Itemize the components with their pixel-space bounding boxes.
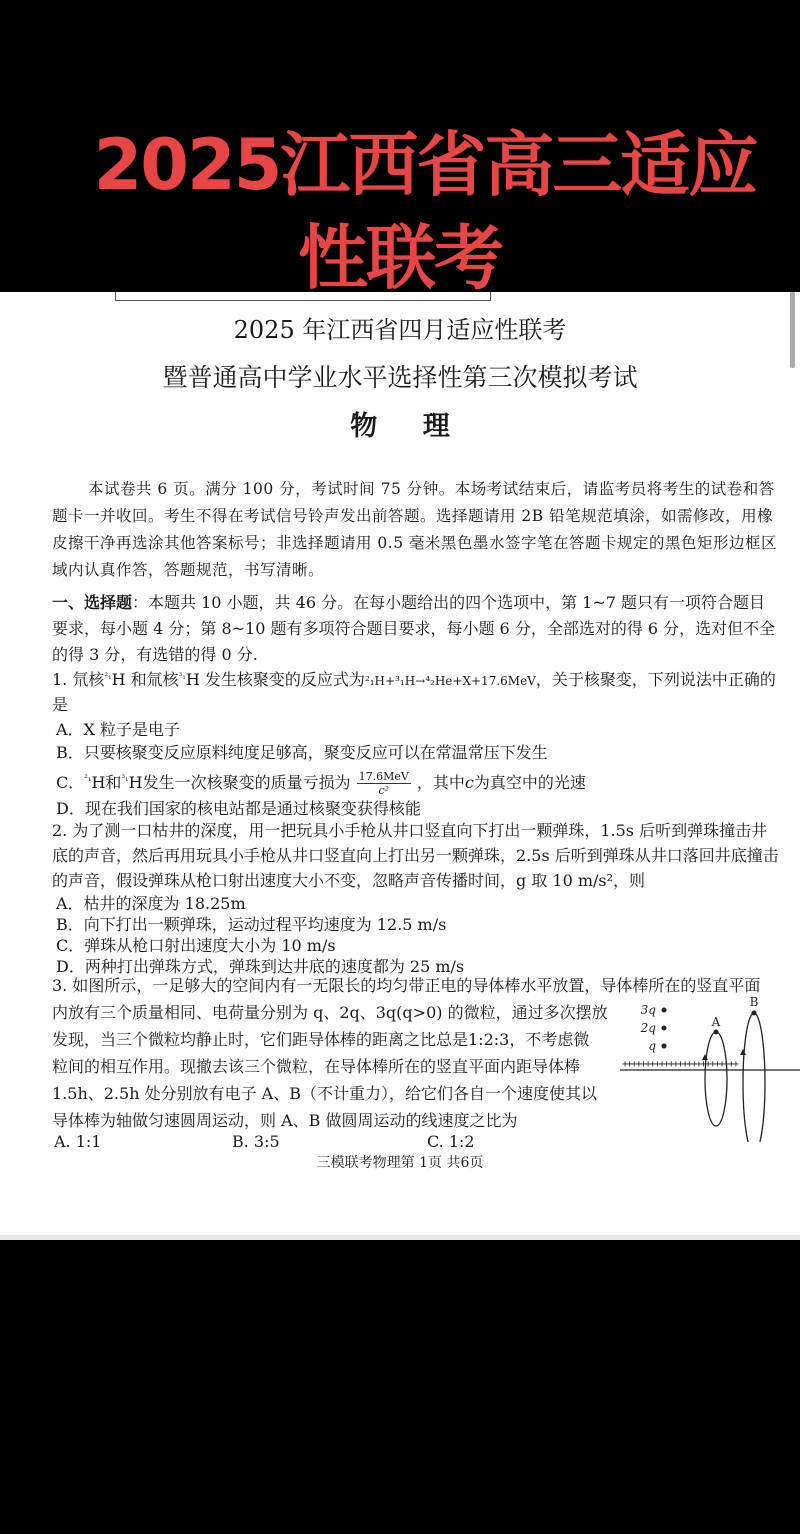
svg-text:2q: 2q: [640, 1021, 657, 1035]
question-1: 1. 氘核²₁H 和氚核³₁H 发生核聚变的反应式为²₁H+³₁H→⁴₂He+X…: [52, 668, 782, 820]
question-2-stem: 2. 为了测一口枯井的深度，用一把玩具小手枪从井口竖直向下打出一颗弹珠，1.5s…: [52, 818, 782, 893]
exam-subheading: 暨普通高中学业水平选择性第三次模拟考试: [0, 358, 800, 394]
charged-rod-diagram: 3q 2q q +++++++++++++++++++++++++ A B: [618, 992, 800, 1142]
scrollbar-thumb[interactable]: [790, 292, 795, 368]
exam-notice: 本试卷共 6 页。满分 100 分，考试时间 75 分钟。本场考试结束后，请监考…: [52, 476, 780, 584]
exam-heading: 2025 年江西省四月适应性联考: [0, 310, 800, 345]
page-edge: [0, 1235, 800, 1240]
section-text: ：本题共 10 小题，共 46 分。在每小题给出的四个选项中，第 1~7 题只有…: [52, 593, 775, 664]
section-label: 一、选择题: [52, 593, 132, 612]
option-b: B．只要核聚变反应原料纯度足够高，聚变反应可以在常温常压下发生: [54, 741, 782, 764]
svg-text:B: B: [750, 995, 759, 1009]
option-a: A．X 粒子是电子: [54, 718, 782, 741]
mass-defect-fraction: 17.6MeVc²: [357, 770, 411, 797]
question-3-stem-body: 内放有三个质量相同、电荷量分别为 q、2q、3q(q>0) 的微粒，通过多次摆放…: [52, 999, 612, 1134]
page-footer: 三模联考物理第 1页 共6页: [0, 1152, 800, 1172]
question-1-stem: 1. 氘核²₁H 和氚核³₁H 发生核聚变的反应式为²₁H+³₁H→⁴₂He+X…: [52, 668, 782, 716]
option-d: D．现在我们国家的核电站都是通过核聚变获得核能: [54, 797, 782, 820]
option-c: C．²₁H和³₁H发生一次核聚变的质量亏损为17.6MeVc²，其中c为真空中的…: [54, 770, 782, 797]
svg-text:A: A: [711, 1015, 721, 1029]
subject-title: 物 理: [0, 404, 800, 443]
svg-text:+++++++++++++++++++++++++: +++++++++++++++++++++++++: [622, 1059, 739, 1070]
exam-page: 2025 年江西省四月适应性联考 暨普通高中学业水平选择性第三次模拟考试 物 理…: [0, 292, 800, 1236]
question-2: 2. 为了测一口枯井的深度，用一把玩具小手枪从井口竖直向下打出一颗弹珠，1.5s…: [52, 818, 782, 977]
banner-title-line1: 2025江西省高三适应: [0, 125, 800, 205]
section-intro: 一、选择题：本题共 10 小题，共 46 分。在每小题给出的四个选项中，第 1~…: [52, 590, 780, 668]
reaction-equation: ²₁H+³₁H→⁴₂He+X+17.6MeV: [365, 674, 536, 688]
option-b: B. 3:5: [232, 1132, 280, 1151]
svg-text:3q: 3q: [641, 1003, 657, 1017]
svg-text:q: q: [648, 1039, 656, 1053]
banner-title-line2: 性联考: [0, 218, 800, 298]
option-b: B．向下打出一颗弹珠，运动过程平均速度为 12.5 m/s: [54, 914, 782, 935]
option-a: A. 1:1: [54, 1132, 101, 1151]
option-c: C. 1:2: [427, 1132, 475, 1151]
option-a: A．枯井的深度为 18.25m: [54, 893, 782, 914]
option-c: C．弹珠从枪口射出速度大小为 10 m/s: [54, 935, 782, 956]
